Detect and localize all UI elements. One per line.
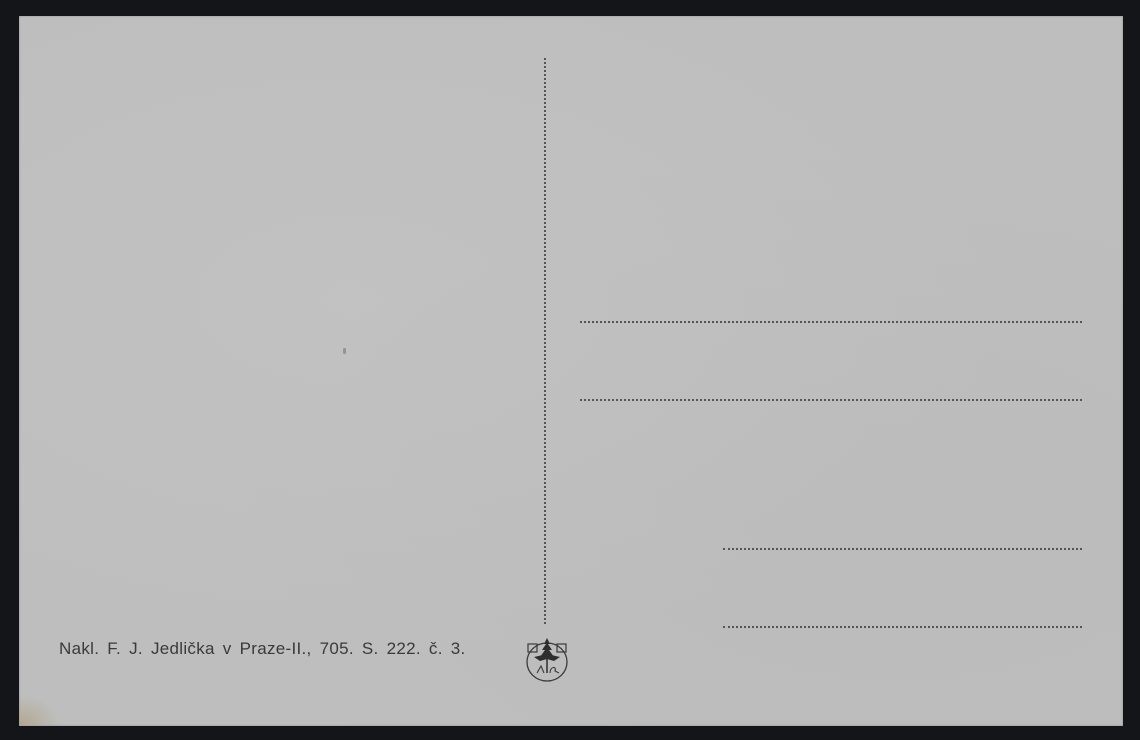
address-line-1 [580,321,1082,323]
paper-speck [343,348,346,354]
publisher-tree-emblem-icon [521,635,573,683]
publisher-imprint: Nakl. F. J. Jedlička v Praze-II., 705. S… [59,639,466,659]
divider-dotted-line [544,58,546,624]
address-line-2 [580,399,1082,401]
postcard-back: Nakl. F. J. Jedlička v Praze-II., 705. S… [19,16,1123,726]
paper-stain [19,696,59,726]
address-line-4 [723,626,1082,628]
address-line-3 [723,548,1082,550]
